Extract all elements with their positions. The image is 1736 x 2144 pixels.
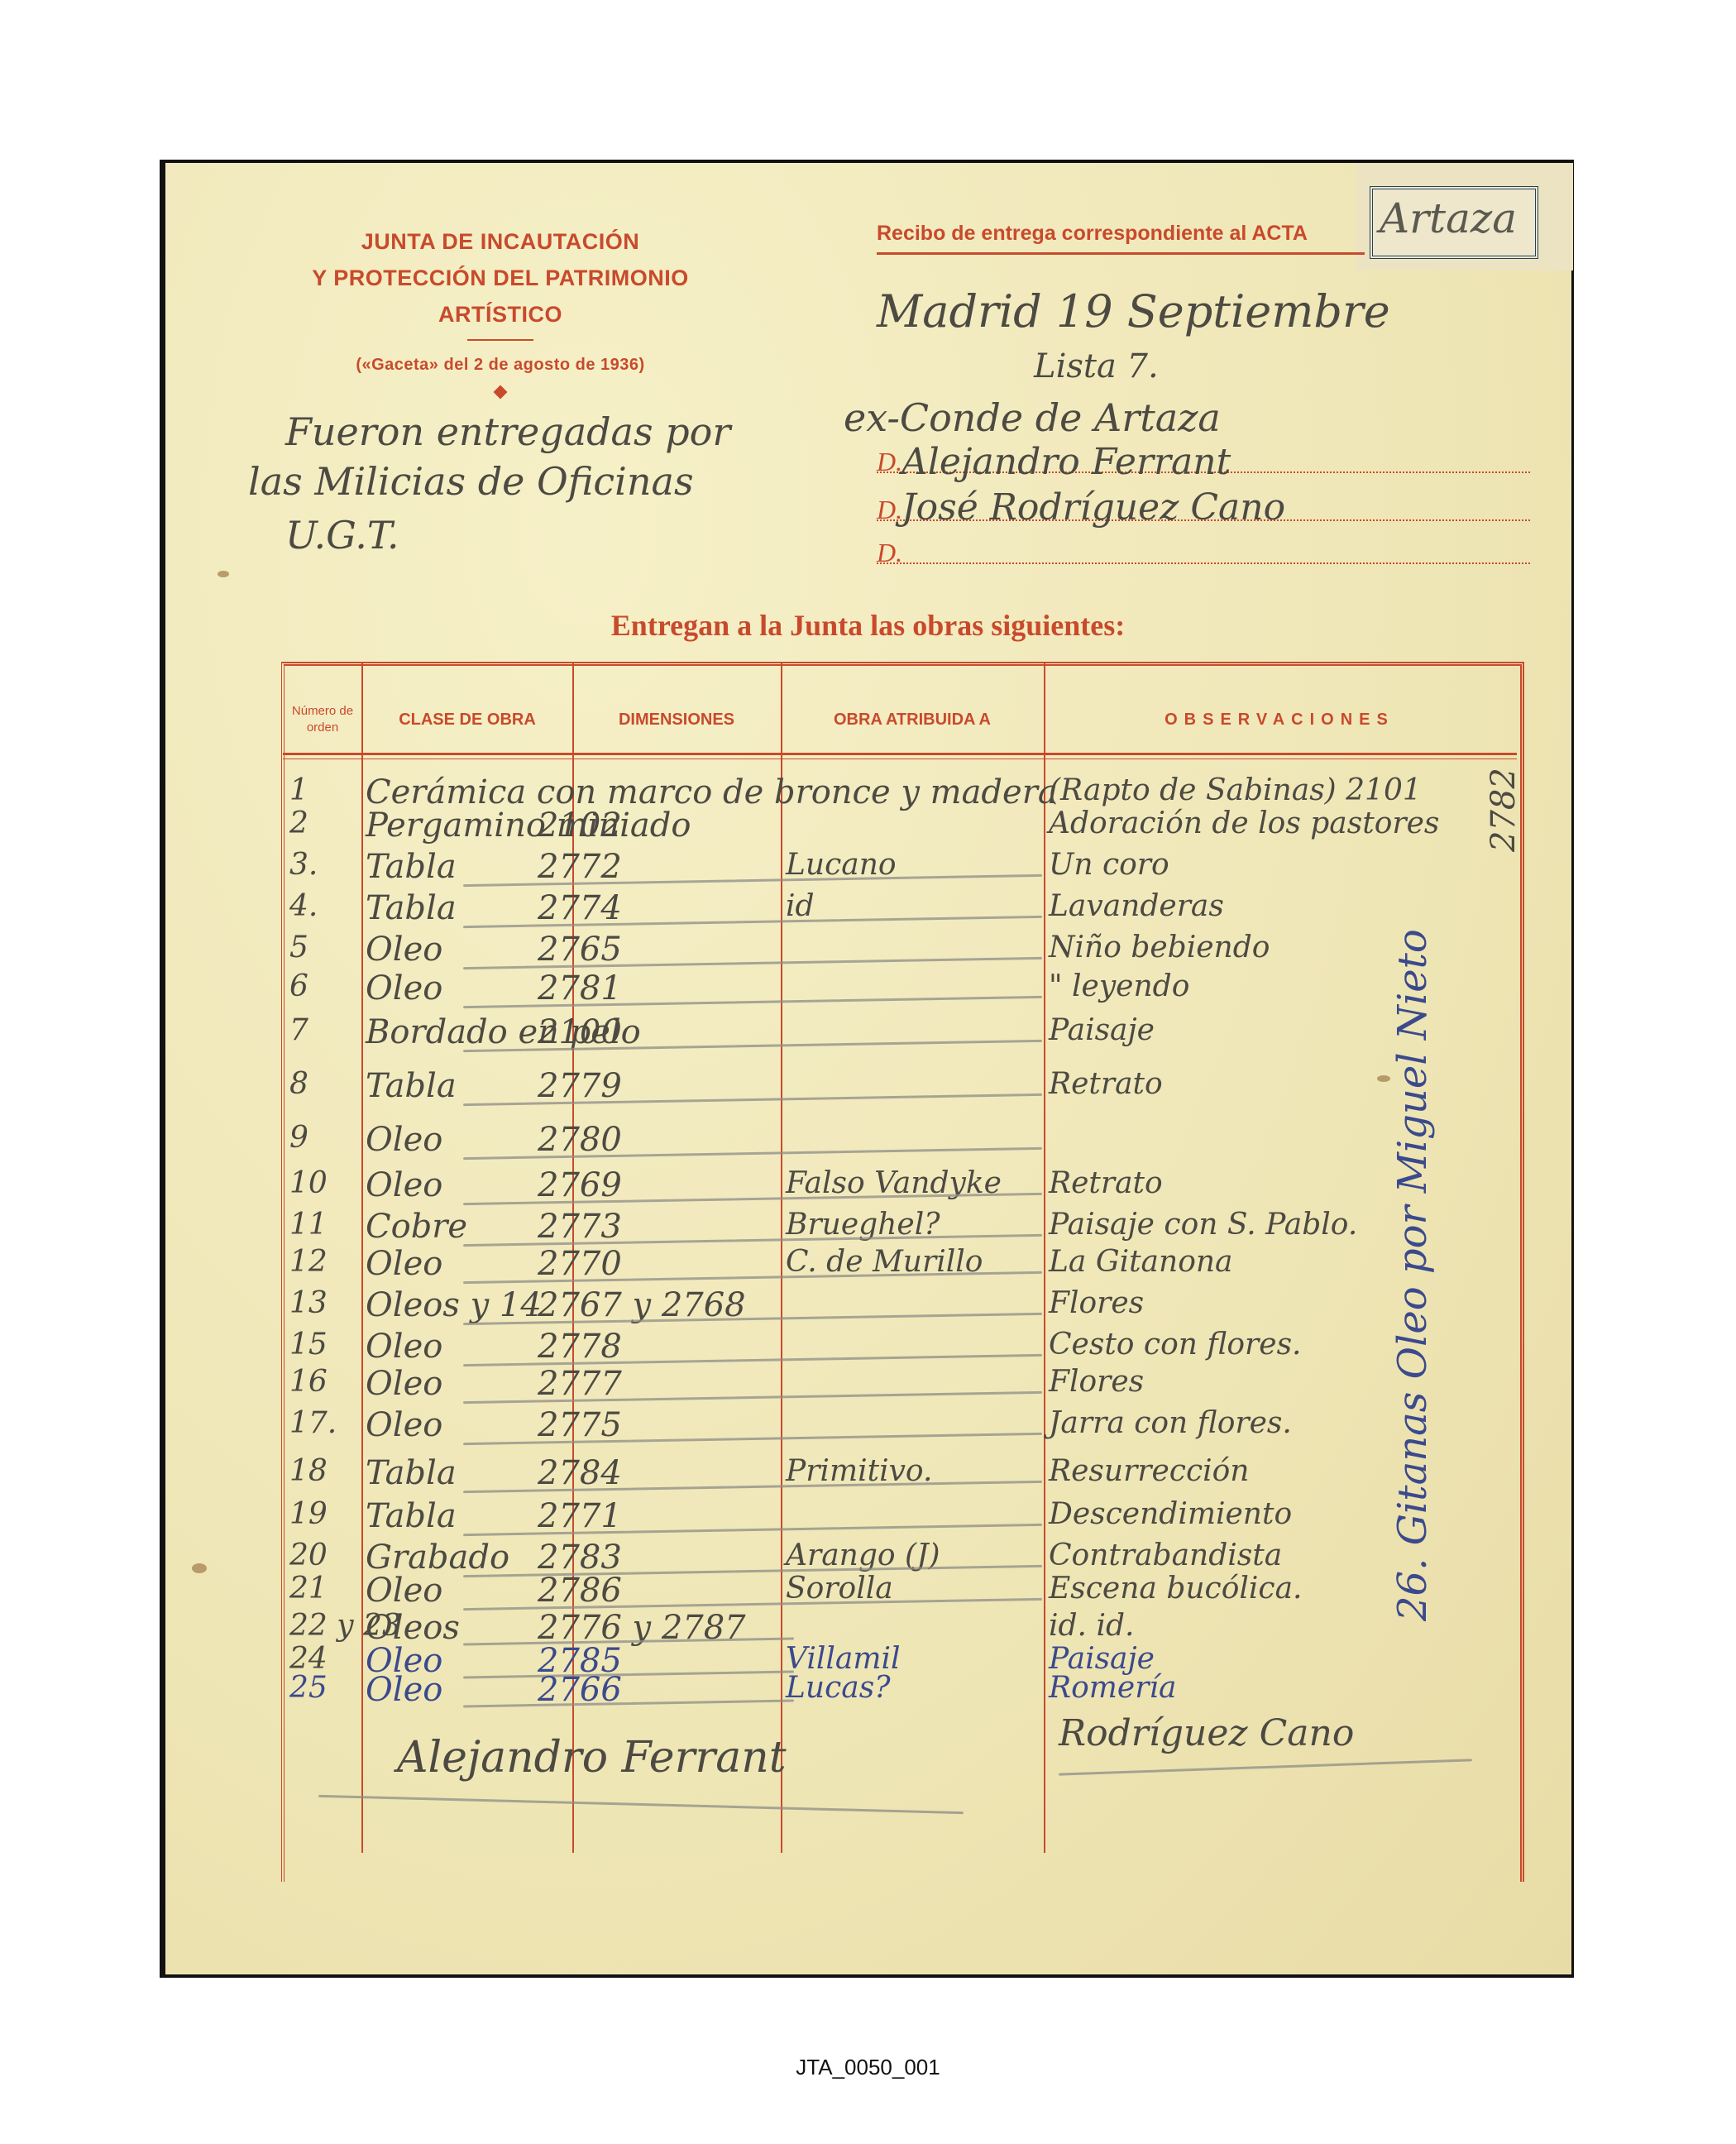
margin-note-item-26: 26. Gitanas Oleo por Miguel Nieto [1389, 929, 1436, 1621]
stain [192, 1563, 207, 1573]
row-number: 18 [289, 1454, 328, 1488]
row-dimensions: 2100 [538, 1013, 622, 1051]
stain [218, 571, 229, 577]
row-observations: Paisaje con S. Pablo. [1049, 1208, 1357, 1242]
row-number: 12 [289, 1245, 328, 1279]
row-dimensions: 2773 [538, 1208, 622, 1246]
row-number: 19 [289, 1497, 328, 1531]
row-number: 13 [289, 1286, 328, 1320]
row-dimensions: 2102 [538, 806, 622, 845]
row-class: Tabla [366, 1454, 457, 1492]
row-dimensions: 2771 [538, 1497, 622, 1535]
institution-line-1: JUNTA DE INCAUTACIÓN [273, 223, 728, 260]
row-observations: Retrato [1049, 1067, 1163, 1101]
row-number: 15 [289, 1328, 328, 1362]
row-class: Oleo [366, 1671, 442, 1709]
institution-line-2: Y PROTECCIÓN DEL PATRIMONIO [273, 260, 728, 296]
row-dimensions: 2772 [538, 848, 622, 886]
note-line-3: U.G.T. [285, 513, 399, 558]
file-id: JTA_0050_001 [0, 2055, 1736, 2080]
row-class: Oleo [366, 1166, 442, 1204]
person-2: José Rodríguez Cano [901, 486, 1285, 529]
row-class: Oleo [366, 1365, 442, 1403]
header-rule [467, 339, 533, 341]
row-observations: Flores [1049, 1365, 1144, 1399]
row-class: Oleo [366, 1121, 442, 1159]
row-observations: Romería [1049, 1671, 1176, 1705]
row-dimensions: 2784 [538, 1454, 622, 1492]
col-header-number: Número de orden [285, 678, 360, 761]
row-number: 6 [289, 969, 308, 1003]
row-dimensions: 2786 [538, 1572, 622, 1610]
row-number: 4. [289, 889, 318, 923]
note-line-2: las Milicias de Oficinas [248, 459, 694, 504]
row-dimensions: 2781 [538, 969, 622, 1007]
row-observations: (Rapto de Sabinas) 2101 [1049, 773, 1422, 807]
row-class: Tabla [366, 1497, 457, 1535]
row-number: 8 [289, 1067, 308, 1101]
person-line-3 [877, 562, 1530, 564]
note-line-1: Fueron entregadas por [285, 409, 730, 454]
row-observations: id. id. [1049, 1609, 1134, 1643]
institution-header: JUNTA DE INCAUTACIÓN Y PROTECCIÓN DEL PA… [273, 223, 728, 397]
row-dimensions: 2765 [538, 931, 622, 969]
row-class: Oleo [366, 1328, 442, 1366]
row-dimensions: 2778 [538, 1328, 622, 1366]
row-attributed: Lucas? [786, 1671, 891, 1705]
row-number: 9 [289, 1121, 308, 1155]
row-dimensions: 2777 [538, 1365, 622, 1403]
row-observations: Contrabandista [1049, 1539, 1282, 1572]
row-dimensions: 2774 [538, 889, 622, 927]
row-number: 3. [289, 848, 318, 882]
acta-stamp-text: Artaza [1380, 194, 1517, 242]
row-attributed: id [786, 889, 815, 923]
column-divider [1044, 662, 1045, 1853]
row-observations: Cesto con flores. [1049, 1328, 1302, 1362]
margin-number: 2782 [1485, 768, 1523, 852]
row-dimensions: 2779 [538, 1067, 622, 1105]
col-header-dimensions: DIMENSIONES [574, 678, 779, 761]
row-number: 2 [289, 806, 308, 840]
row-class: Oleo [366, 969, 442, 1007]
row-number: 16 [289, 1365, 328, 1399]
row-number: 10 [289, 1166, 328, 1200]
row-observations: Un coro [1049, 848, 1169, 882]
row-class: Pergamino miniado [366, 806, 691, 845]
row-number: 20 [289, 1539, 328, 1572]
person-1: Alejandro Ferrant [901, 441, 1231, 483]
row-dimensions: 2769 [538, 1166, 622, 1204]
diamond-ornament-icon [494, 385, 508, 400]
section-title: Entregan a la Junta las obras siguientes… [0, 608, 1736, 643]
row-number: 11 [289, 1208, 328, 1242]
row-class: Oleo [366, 1572, 442, 1610]
row-observations: Adoración de los pastores [1049, 806, 1439, 840]
row-observations: Jarra con flores. [1049, 1406, 1292, 1440]
row-observations: Descendimiento [1049, 1497, 1292, 1531]
column-divider [781, 662, 782, 1853]
receipt-label: Recibo de entrega correspondiente al ACT… [877, 222, 1308, 246]
institution-line-3: ARTÍSTICO [273, 296, 728, 333]
row-class: Tabla [366, 848, 457, 886]
row-class: Oleos y 14 [366, 1286, 542, 1324]
row-observations: Niño bebiendo [1049, 931, 1270, 964]
acta-stamp: Artaza [1370, 186, 1538, 259]
signature-left: Alejandro Ferrant [397, 1733, 787, 1783]
row-number: 25 [289, 1671, 328, 1705]
row-observations: La Gitanona [1049, 1245, 1233, 1279]
gaceta-reference: («Gaceta» del 2 de agosto de 1936) [273, 352, 728, 377]
row-observations: Lavanderas [1049, 889, 1224, 923]
column-divider [361, 662, 363, 1853]
row-class: Oleo [366, 1406, 442, 1444]
row-number: 17. [289, 1406, 337, 1440]
place-date: Madrid 19 Septiembre [877, 285, 1390, 337]
row-observations: Resurrección [1049, 1454, 1250, 1488]
row-observations: " leyendo [1049, 969, 1189, 1003]
col-header-attributed: OBRA ATRIBUIDA A [782, 678, 1042, 761]
col-header-class: CLASE DE OBRA [364, 678, 571, 761]
row-class: Tabla [366, 1067, 457, 1105]
row-observations: Flores [1049, 1286, 1144, 1320]
row-class: Oleo [366, 1245, 442, 1283]
row-class: Cobre [366, 1208, 467, 1246]
receipt-rule [877, 252, 1365, 255]
row-observations: Retrato [1049, 1166, 1163, 1200]
row-observations: Paisaje [1049, 1013, 1155, 1047]
row-dimensions: 2775 [538, 1406, 622, 1444]
row-number: 1 [289, 773, 308, 807]
row-observations: Escena bucólica. [1049, 1572, 1302, 1606]
signature-right: Rodríguez Cano [1059, 1712, 1354, 1754]
source-collection: ex-Conde de Artaza [844, 395, 1221, 440]
row-number: 7 [289, 1013, 308, 1047]
row-class: Oleo [366, 931, 442, 969]
row-number: 5 [289, 931, 308, 964]
row-dimensions: 2770 [538, 1245, 622, 1283]
list-number: Lista 7. [1034, 347, 1159, 385]
row-dimensions: 2780 [538, 1121, 622, 1159]
row-class: Tabla [366, 889, 457, 927]
col-header-observations: OBSERVACIONES [1045, 678, 1514, 761]
row-number: 21 [289, 1572, 328, 1606]
